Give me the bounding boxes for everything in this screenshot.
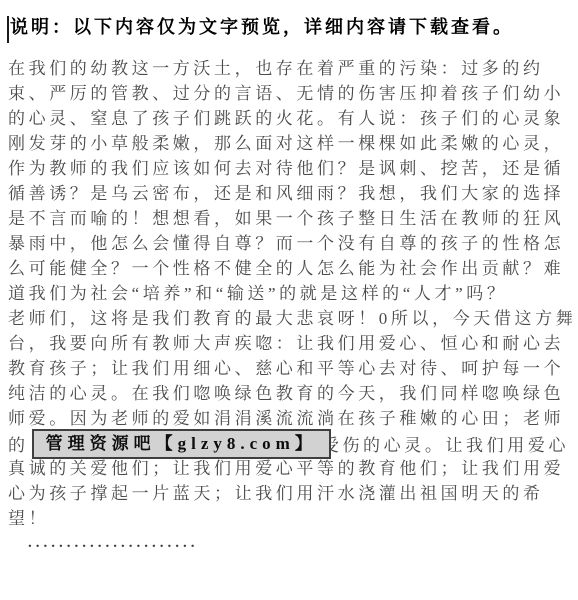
text-cursor bbox=[7, 16, 9, 43]
body-text-line: 教育孩子；让我们用细心、慈心和平等心去对待、呵护每一个 bbox=[8, 356, 574, 381]
body-text-line: 循善诱？是乌云密布，还是和风细雨？我想，我们大家的选择 bbox=[8, 181, 574, 206]
body-lines-bottom: 真诚的关爱他们；让我们用爱心平等的教育他们；让我们用爱心为孩子撑起一片蓝天；让我… bbox=[8, 456, 574, 531]
site-watermark-badge: 管理资源吧【glzy8.com】 bbox=[32, 429, 331, 459]
body-text-line: 望！ bbox=[8, 506, 574, 531]
body-text-line: 老师们，这将是我们教育的最大悲哀呀！0所以，今天借这方舞 bbox=[8, 306, 574, 331]
line-suffix-text: 受伤的心灵。让我们用爱心 bbox=[322, 431, 569, 456]
body-text-line: 心为孩子撑起一片蓝天；让我们用汗水浇灌出祖国明天的希 bbox=[8, 481, 574, 506]
document-preview-page: 说明：以下内容仅为文字预览，详细内容请下载查看。 在我们的幼教这一方沃土，也存在… bbox=[0, 0, 578, 600]
body-text-line: 束、严厉的管教、过分的言语、无情的伤害压抑着孩子们幼小 bbox=[8, 81, 574, 106]
body-text-line: 是不言而喻的！想想看，如果一个孩子整日生活在教师的狂风 bbox=[8, 206, 574, 231]
body-text-line: 道我们为社会“培养”和“输送”的就是这样的“人才”吗？ bbox=[8, 281, 574, 306]
ellipsis-row: ...................... bbox=[8, 531, 574, 556]
body-text-line: 么可能健全？一个性格不健全的人怎么能为社会作出贡献？难 bbox=[8, 256, 574, 281]
body-text-line: 作为教师的我们应该如何去对待他们？是讽刺、挖苦，还是循 bbox=[8, 156, 574, 181]
body-text-line: 真诚的关爱他们；让我们用爱心平等的教育他们；让我们用爱 bbox=[8, 456, 574, 481]
body-text-line: 台，我要向所有教师大声疾唿：让我们用爱心、恒心和耐心去 bbox=[8, 331, 574, 356]
preview-notice: 说明：以下内容仅为文字预览，详细内容请下载查看。 bbox=[10, 14, 574, 40]
line-prefix-text: 的 bbox=[8, 431, 29, 456]
document-body: 在我们的幼教这一方沃土，也存在着严重的污染：过多的约束、严厉的管教、过分的言语、… bbox=[8, 56, 574, 556]
body-line-with-watermark: 的 管理资源吧【glzy8.com】 受伤的心灵。让我们用爱心 bbox=[8, 431, 574, 456]
body-text-line: 的心灵、窒息了孩子们跳跃的火花。有人说：孩子们的心灵象 bbox=[8, 106, 574, 131]
body-lines-top: 在我们的幼教这一方沃土，也存在着严重的污染：过多的约束、严厉的管教、过分的言语、… bbox=[8, 56, 574, 431]
body-text-line: 刚发芽的小草般柔嫩，那么面对这样一棵棵如此柔嫩的心灵， bbox=[8, 131, 574, 156]
body-text-line: 暴雨中，他怎么会懂得自尊？而一个没有自尊的孩子的性格怎 bbox=[8, 231, 574, 256]
body-text-line: 在我们的幼教这一方沃土，也存在着严重的污染：过多的约 bbox=[8, 56, 574, 81]
body-text-line: 纯洁的心灵。在我们唿唤绿色教育的今天，我们同样唿唤绿色 bbox=[8, 381, 574, 406]
body-text-line: 师爱。因为老师的爱如涓涓溪流流淌在孩子稚嫩的心田；老师 bbox=[8, 406, 574, 431]
